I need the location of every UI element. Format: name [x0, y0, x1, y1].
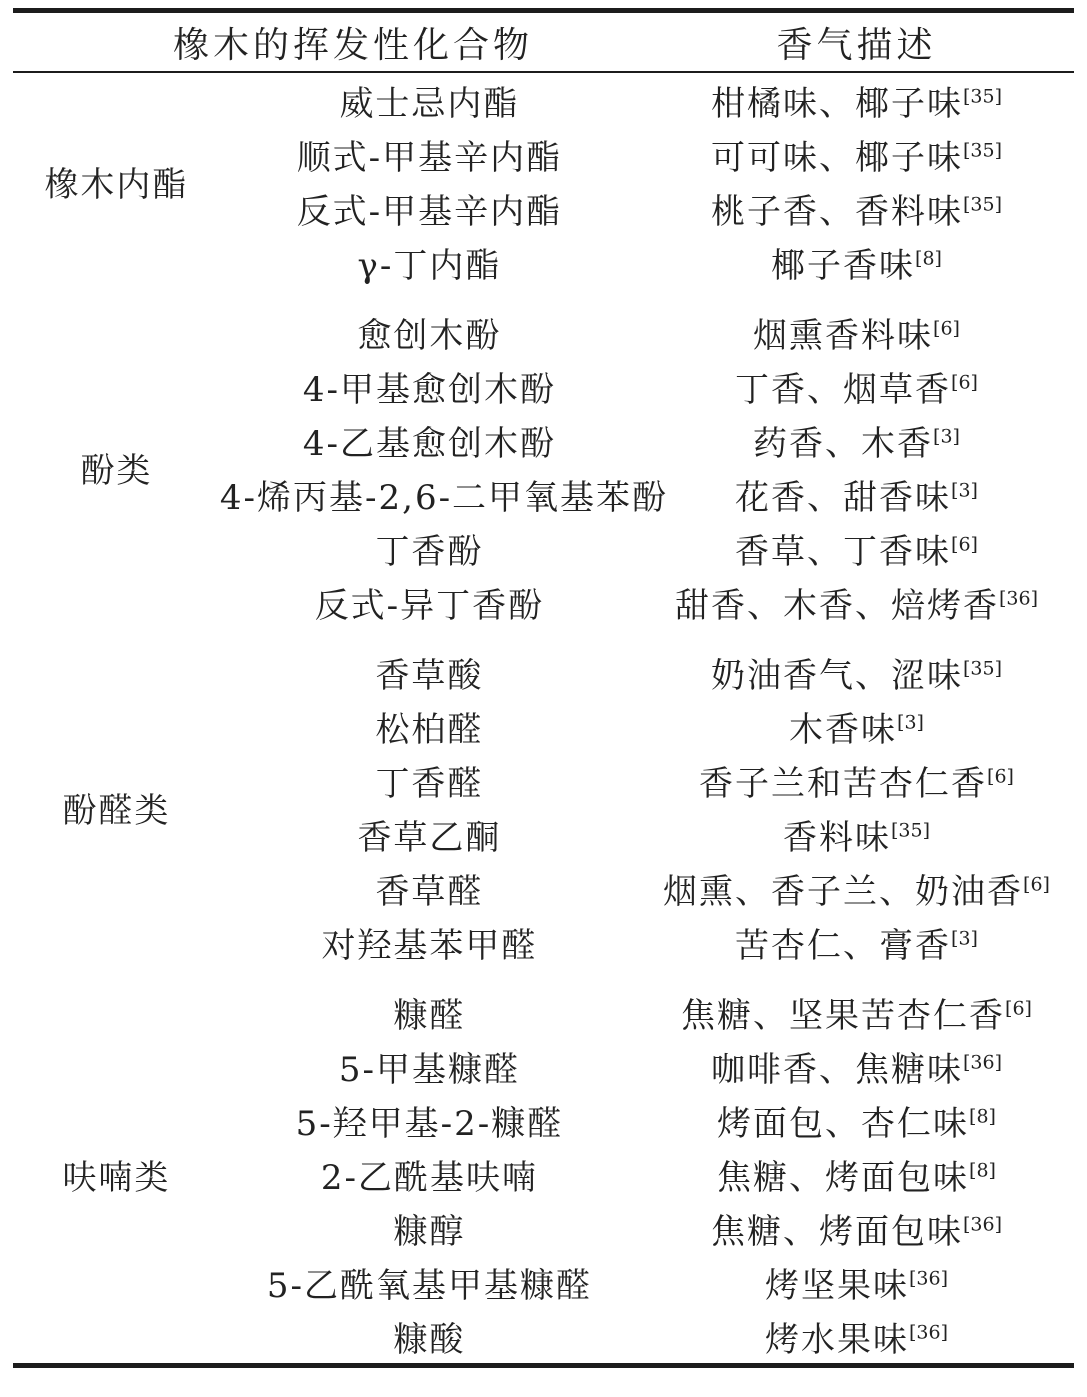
aroma-text: 可可味、椰子味	[711, 138, 963, 178]
table-row: 橡木内酯威士忌内酯柑橘味、椰子味[35]	[13, 72, 1074, 127]
reference-citation: [6]	[951, 533, 978, 555]
compound-name: 丁香酚	[220, 521, 639, 575]
aroma-description: 烟熏香料味[6]	[639, 289, 1074, 359]
aroma-description: 桃子香、香料味[35]	[639, 181, 1074, 235]
aroma-text: 丁香、烟草香	[735, 370, 951, 410]
compound-name: 4-甲基愈创木酚	[220, 359, 639, 413]
compound-name: 4-乙基愈创木酚	[220, 413, 639, 467]
reference-citation: [36]	[909, 1321, 948, 1343]
compound-name: 香草醛	[220, 861, 639, 915]
aroma-text: 烟熏、香子兰、奶油香	[663, 872, 1023, 912]
aroma-text: 烤面包、杏仁味	[717, 1104, 969, 1144]
reference-citation: [6]	[951, 371, 978, 393]
aroma-description: 烤水果味[36]	[639, 1309, 1074, 1366]
aroma-text: 烟熏香料味	[753, 316, 933, 356]
compound-name: 5-羟甲基-2-糠醛	[220, 1093, 639, 1147]
compound-name: 糠酸	[220, 1309, 639, 1366]
aroma-description: 烟熏、香子兰、奶油香[6]	[639, 861, 1074, 915]
reference-citation: [3]	[951, 479, 978, 501]
reference-citation: [3]	[933, 425, 960, 447]
compound-name: 4-烯丙基-2,6-二甲氧基苯酚	[220, 467, 639, 521]
aroma-text: 烤水果味	[765, 1320, 909, 1360]
reference-citation: [35]	[963, 193, 1002, 215]
compound-name: 2-乙酰基呋喃	[220, 1147, 639, 1201]
aroma-description: 可可味、椰子味[35]	[639, 127, 1074, 181]
reference-citation: [6]	[933, 317, 960, 339]
oak-volatile-compound-table: 橡木的挥发性化合物 香气描述 橡木内酯威士忌内酯柑橘味、椰子味[35]顺式-甲基…	[13, 8, 1074, 1368]
table-row: 酚类愈创木酚烟熏香料味[6]	[13, 289, 1074, 359]
compound-name: 5-乙酰氧基甲基糠醛	[220, 1255, 639, 1309]
compound-name: 香草乙酮	[220, 807, 639, 861]
aroma-description: 奶油香气、涩味[35]	[639, 629, 1074, 699]
aroma-description: 焦糖、坚果苦杏仁香[6]	[639, 969, 1074, 1039]
category-label: 呋喃类	[13, 969, 220, 1366]
aroma-description: 香草、丁香味[6]	[639, 521, 1074, 575]
aroma-text: 香草、丁香味	[735, 532, 951, 572]
aroma-text: 甜香、木香、焙烤香	[675, 586, 999, 626]
reference-citation: [3]	[897, 711, 924, 733]
reference-citation: [8]	[969, 1105, 996, 1127]
category-label: 橡木内酯	[13, 72, 220, 289]
aroma-description: 木香味[3]	[639, 699, 1074, 753]
aroma-description: 丁香、烟草香[6]	[639, 359, 1074, 413]
compound-name: γ-丁内酯	[220, 235, 639, 289]
compound-name: 松柏醛	[220, 699, 639, 753]
aroma-text: 苦杏仁、膏香	[735, 926, 951, 966]
compound-name: 反式-异丁香酚	[220, 575, 639, 629]
aroma-description: 药香、木香[3]	[639, 413, 1074, 467]
reference-citation: [36]	[999, 587, 1038, 609]
aroma-text: 烤坚果味	[765, 1266, 909, 1306]
reference-citation: [35]	[963, 657, 1002, 679]
aroma-text: 焦糖、烤面包味	[711, 1212, 963, 1252]
reference-citation: [8]	[915, 247, 942, 269]
aroma-description: 香料味[35]	[639, 807, 1074, 861]
aroma-description: 椰子香味[8]	[639, 235, 1074, 289]
compound-name: 5-甲基糠醛	[220, 1039, 639, 1093]
table-row: 呋喃类糠醛焦糖、坚果苦杏仁香[6]	[13, 969, 1074, 1039]
reference-citation: [8]	[969, 1159, 996, 1181]
reference-citation: [6]	[987, 765, 1014, 787]
compound-name: 糠醇	[220, 1201, 639, 1255]
aroma-description: 烤坚果味[36]	[639, 1255, 1074, 1309]
aroma-text: 木香味	[789, 710, 897, 750]
compound-name: 反式-甲基辛内酯	[220, 181, 639, 235]
reference-citation: [35]	[963, 139, 1002, 161]
compound-name: 糠醛	[220, 969, 639, 1039]
compound-name: 顺式-甲基辛内酯	[220, 127, 639, 181]
aroma-text: 焦糖、烤面包味	[717, 1158, 969, 1198]
compound-name: 愈创木酚	[220, 289, 639, 359]
reference-citation: [6]	[1005, 997, 1032, 1019]
aroma-text: 柑橘味、椰子味	[711, 84, 963, 124]
aroma-description: 花香、甜香味[3]	[639, 467, 1074, 521]
reference-citation: [35]	[891, 819, 930, 841]
compound-name: 威士忌内酯	[220, 72, 639, 127]
aroma-description: 甜香、木香、焙烤香[36]	[639, 575, 1074, 629]
reference-citation: [36]	[963, 1213, 1002, 1235]
aroma-description: 焦糖、烤面包味[36]	[639, 1201, 1074, 1255]
header-aroma-column: 香气描述	[639, 11, 1074, 73]
aroma-description: 香子兰和苦杏仁香[6]	[639, 753, 1074, 807]
aroma-text: 咖啡香、焦糖味	[711, 1050, 963, 1090]
paper-table-page: 橡木的挥发性化合物 香气描述 橡木内酯威士忌内酯柑橘味、椰子味[35]顺式-甲基…	[0, 0, 1087, 1397]
aroma-text: 桃子香、香料味	[711, 192, 963, 232]
aroma-text: 椰子香味	[771, 246, 915, 286]
aroma-text: 香子兰和苦杏仁香	[699, 764, 987, 804]
aroma-description: 苦杏仁、膏香[3]	[639, 915, 1074, 969]
header-row: 橡木的挥发性化合物 香气描述	[13, 11, 1074, 73]
category-label: 酚醛类	[13, 629, 220, 969]
compound-name: 丁香醛	[220, 753, 639, 807]
table-row: 酚醛类香草酸奶油香气、涩味[35]	[13, 629, 1074, 699]
aroma-text: 香料味	[783, 818, 891, 858]
category-label: 酚类	[13, 289, 220, 629]
aroma-text: 花香、甜香味	[735, 478, 951, 518]
reference-citation: [35]	[963, 85, 1002, 107]
aroma-description: 焦糖、烤面包味[8]	[639, 1147, 1074, 1201]
aroma-text: 奶油香气、涩味	[711, 656, 963, 696]
reference-citation: [6]	[1023, 873, 1050, 895]
aroma-text: 药香、木香	[753, 424, 933, 464]
reference-citation: [36]	[963, 1051, 1002, 1073]
compound-name: 对羟基苯甲醛	[220, 915, 639, 969]
header-compound-column: 橡木的挥发性化合物	[13, 11, 639, 73]
aroma-text: 焦糖、坚果苦杏仁香	[681, 996, 1005, 1036]
reference-citation: [3]	[951, 927, 978, 949]
aroma-description: 咖啡香、焦糖味[36]	[639, 1039, 1074, 1093]
aroma-description: 柑橘味、椰子味[35]	[639, 72, 1074, 127]
reference-citation: [36]	[909, 1267, 948, 1289]
compound-name: 香草酸	[220, 629, 639, 699]
aroma-description: 烤面包、杏仁味[8]	[639, 1093, 1074, 1147]
